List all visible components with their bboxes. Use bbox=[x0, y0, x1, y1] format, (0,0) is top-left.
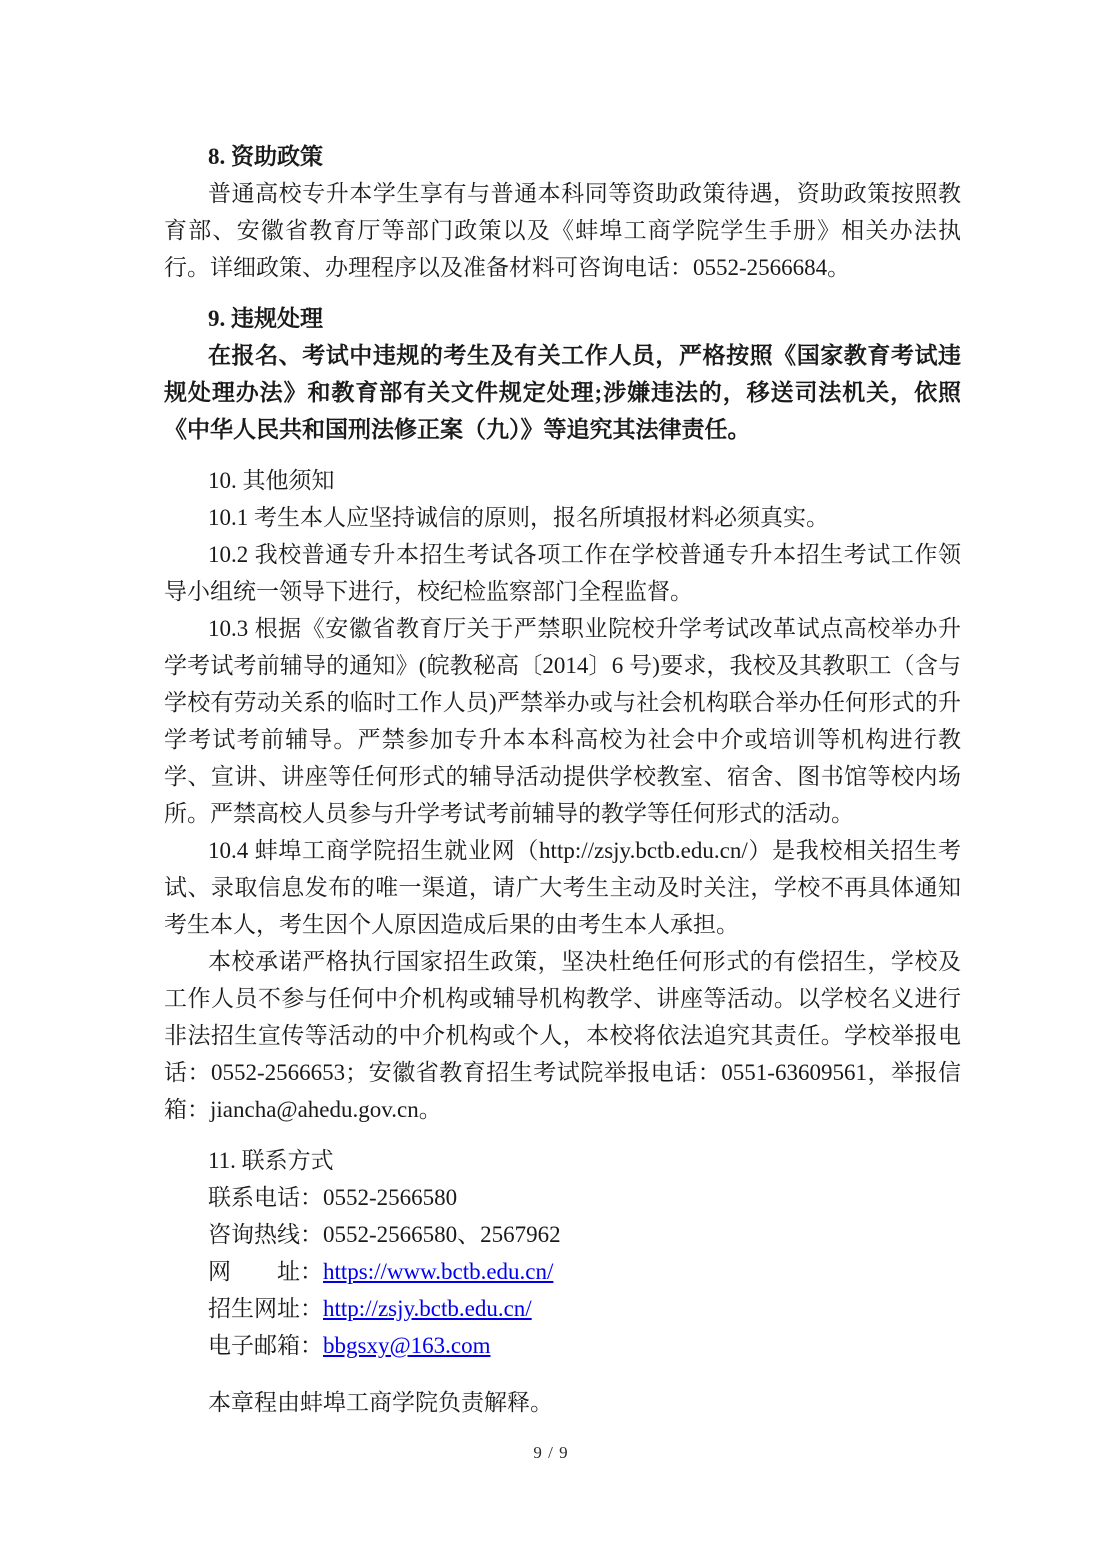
contact-email-label: 电子邮箱： bbox=[208, 1333, 323, 1358]
contact-admissions-line: 招生网址：http://zsjy.bctb.edu.cn/ bbox=[164, 1290, 961, 1327]
section-11-heading: 11. 联系方式 bbox=[164, 1142, 961, 1179]
contact-phone-value: 0552-2566580 bbox=[323, 1185, 457, 1210]
admissions-site-link[interactable]: http://zsjy.bctb.edu.cn/ bbox=[323, 1296, 532, 1321]
email-link[interactable]: bbgsxy@163.com bbox=[323, 1333, 490, 1358]
item-10-2: 10.2 我校普通专升本招生考试各项工作在学校普通专升本招生考试工作领导小组统一… bbox=[164, 536, 961, 610]
page-number: 9 / 9 bbox=[0, 1443, 1102, 1463]
contact-admissions-label: 招生网址： bbox=[208, 1296, 323, 1321]
section-8-paragraph: 普通高校专升本学生享有与普通本科同等资助政策待遇，资助政策按照教育部、安徽省教育… bbox=[164, 175, 961, 286]
anti-fraud-paragraph: 本校承诺严格执行国家招生政策，坚决杜绝任何形式的有偿招生，学校及工作人员不参与任… bbox=[164, 943, 961, 1128]
item-10-3: 10.3 根据《安徽省教育厅关于严禁职业院校升学考试改革试点高校举办升学考试考前… bbox=[164, 610, 961, 832]
item-10-4: 10.4 蚌埠工商学院招生就业网（http://zsjy.bctb.edu.cn… bbox=[164, 832, 961, 943]
section-9-paragraph: 在报名、考试中违规的考生及有关工作人员，严格按照《国家教育考试违规处理办法》和教… bbox=[164, 337, 961, 448]
website-link[interactable]: https://www.bctb.edu.cn/ bbox=[323, 1259, 553, 1284]
contact-phone-line: 联系电话：0552-2566580 bbox=[164, 1179, 961, 1216]
section-10-heading: 10. 其他须知 bbox=[164, 462, 961, 499]
contact-hotline-value: 0552-2566580、2567962 bbox=[323, 1222, 561, 1247]
section-8-heading: 8. 资助政策 bbox=[164, 138, 961, 175]
document-content: 8. 资助政策 普通高校专升本学生享有与普通本科同等资助政策待遇，资助政策按照教… bbox=[164, 138, 961, 1421]
contact-email-line: 电子邮箱：bbgsxy@163.com bbox=[164, 1327, 961, 1364]
contact-hotline-line: 咨询热线：0552-2566580、2567962 bbox=[164, 1216, 961, 1253]
contact-hotline-label: 咨询热线： bbox=[208, 1222, 323, 1247]
contact-phone-label: 联系电话： bbox=[208, 1185, 323, 1210]
contact-website-line: 网 址：https://www.bctb.edu.cn/ bbox=[164, 1253, 961, 1290]
closing-statement: 本章程由蚌埠工商学院负责解释。 bbox=[164, 1384, 961, 1421]
item-10-1: 10.1 考生本人应坚持诚信的原则，报名所填报材料必须真实。 bbox=[164, 499, 961, 536]
document-page: 8. 资助政策 普通高校专升本学生享有与普通本科同等资助政策待遇，资助政策按照教… bbox=[0, 0, 1102, 1559]
contact-website-label: 网 址： bbox=[208, 1259, 323, 1284]
section-9-heading: 9. 违规处理 bbox=[164, 300, 961, 337]
